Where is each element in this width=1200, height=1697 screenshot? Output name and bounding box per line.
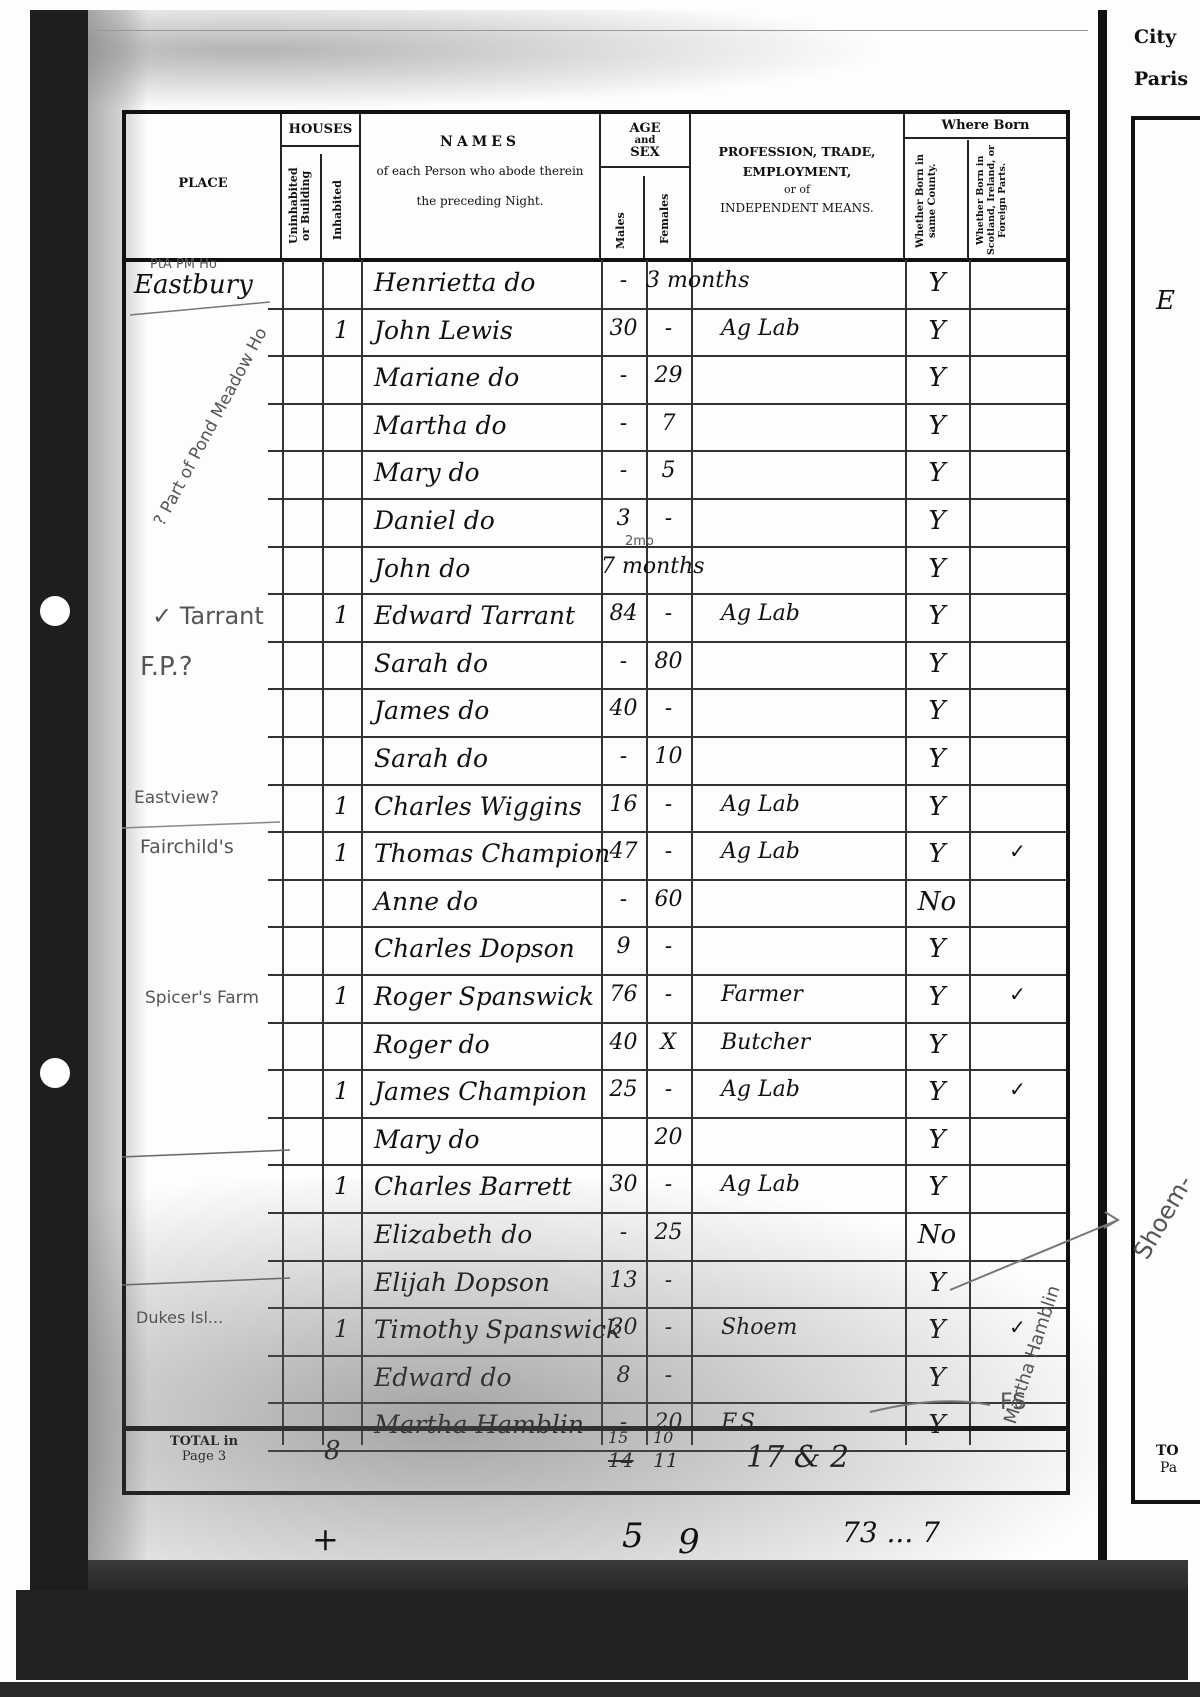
pencil-arrows — [0, 0, 1200, 1697]
